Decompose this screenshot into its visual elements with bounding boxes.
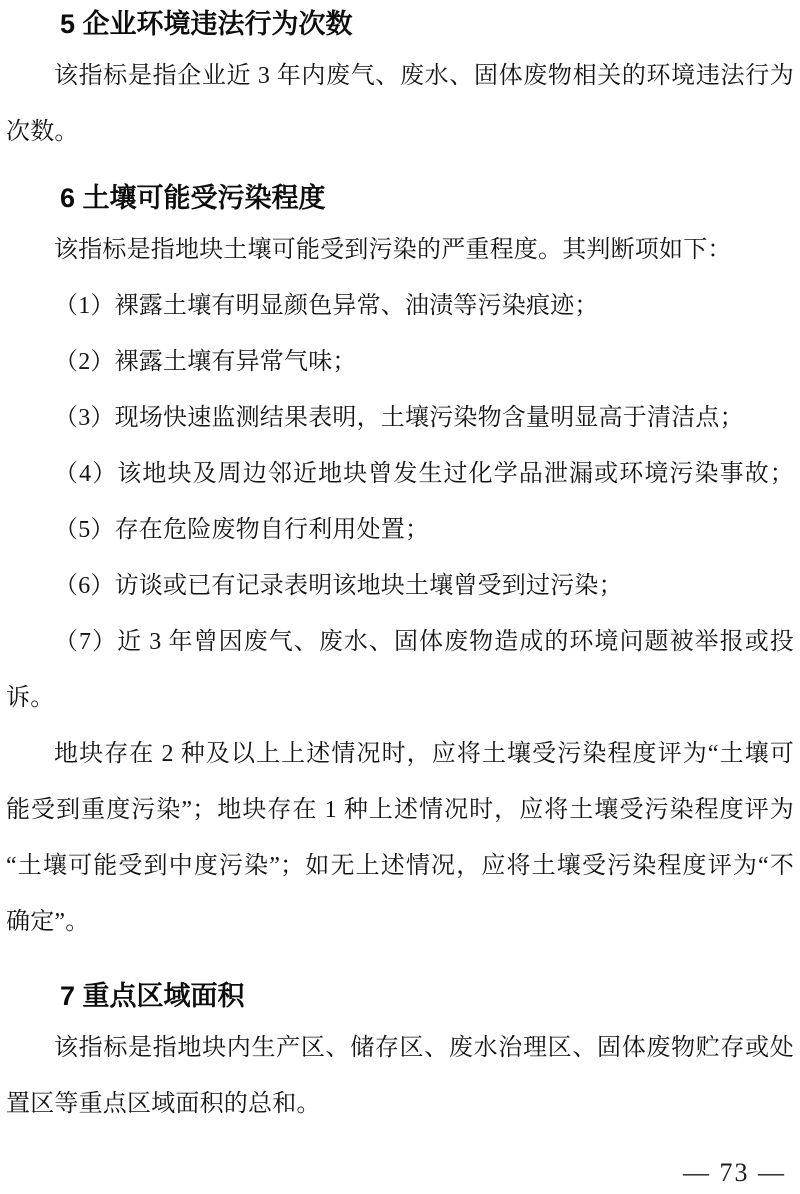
text-line: 地块存在 2 种及以上上述情况时，应将土壤受污染程度评为“土壤可 xyxy=(6,726,794,782)
text-line: 确定”。 xyxy=(6,894,794,950)
text-line: 诉。 xyxy=(6,670,794,726)
text-line: 该指标是指地块土壤可能受到污染的严重程度。其判断项如下： xyxy=(6,222,794,278)
text-line: 该指标是指企业近 3 年内废气、废水、固体废物相关的环境违法行为 xyxy=(6,48,794,104)
page-number: — 73 — xyxy=(683,1160,786,1186)
text-line: 该指标是指地块内生产区、储存区、废水治理区、固体废物贮存或处 xyxy=(6,1020,794,1076)
list-item-3: （3）现场快速监测结果表明，土壤污染物含量明显高于清洁点； xyxy=(6,390,794,446)
list-item-2: （2）裸露土壤有异常气味； xyxy=(6,334,794,390)
document-page: 5 企业环境违法行为次数 该指标是指企业近 3 年内废气、废水、固体废物相关的环… xyxy=(0,0,800,1194)
section-heading-6: 6 土壤可能受污染程度 xyxy=(6,174,794,222)
list-item-5: （5）存在危险废物自行利用处置； xyxy=(6,502,794,558)
section-heading-5: 5 企业环境违法行为次数 xyxy=(6,0,794,48)
list-item-1: （1）裸露土壤有明显颜色异常、油渍等污染痕迹； xyxy=(6,278,794,334)
text-line: 置区等重点区域面积的总和。 xyxy=(6,1076,794,1132)
text-line: 能受到重度污染”；地块存在 1 种上述情况时，应将土壤受污染程度评为 xyxy=(6,782,794,838)
section-heading-7: 7 重点区域面积 xyxy=(6,972,794,1020)
list-item-4: （4）该地块及周边邻近地块曾发生过化学品泄漏或环境污染事故； xyxy=(6,446,794,502)
text-line: 次数。 xyxy=(6,104,794,160)
text-line: “土壤可能受到中度污染”；如无上述情况，应将土壤受污染程度评为“不 xyxy=(6,838,794,894)
document-content: 5 企业环境违法行为次数 该指标是指企业近 3 年内废气、废水、固体废物相关的环… xyxy=(0,0,800,1132)
list-item-7: （7）近 3 年曾因废气、废水、固体废物造成的环境问题被举报或投 xyxy=(6,614,794,670)
list-item-6: （6）访谈或已有记录表明该地块土壤曾受到过污染； xyxy=(6,558,794,614)
